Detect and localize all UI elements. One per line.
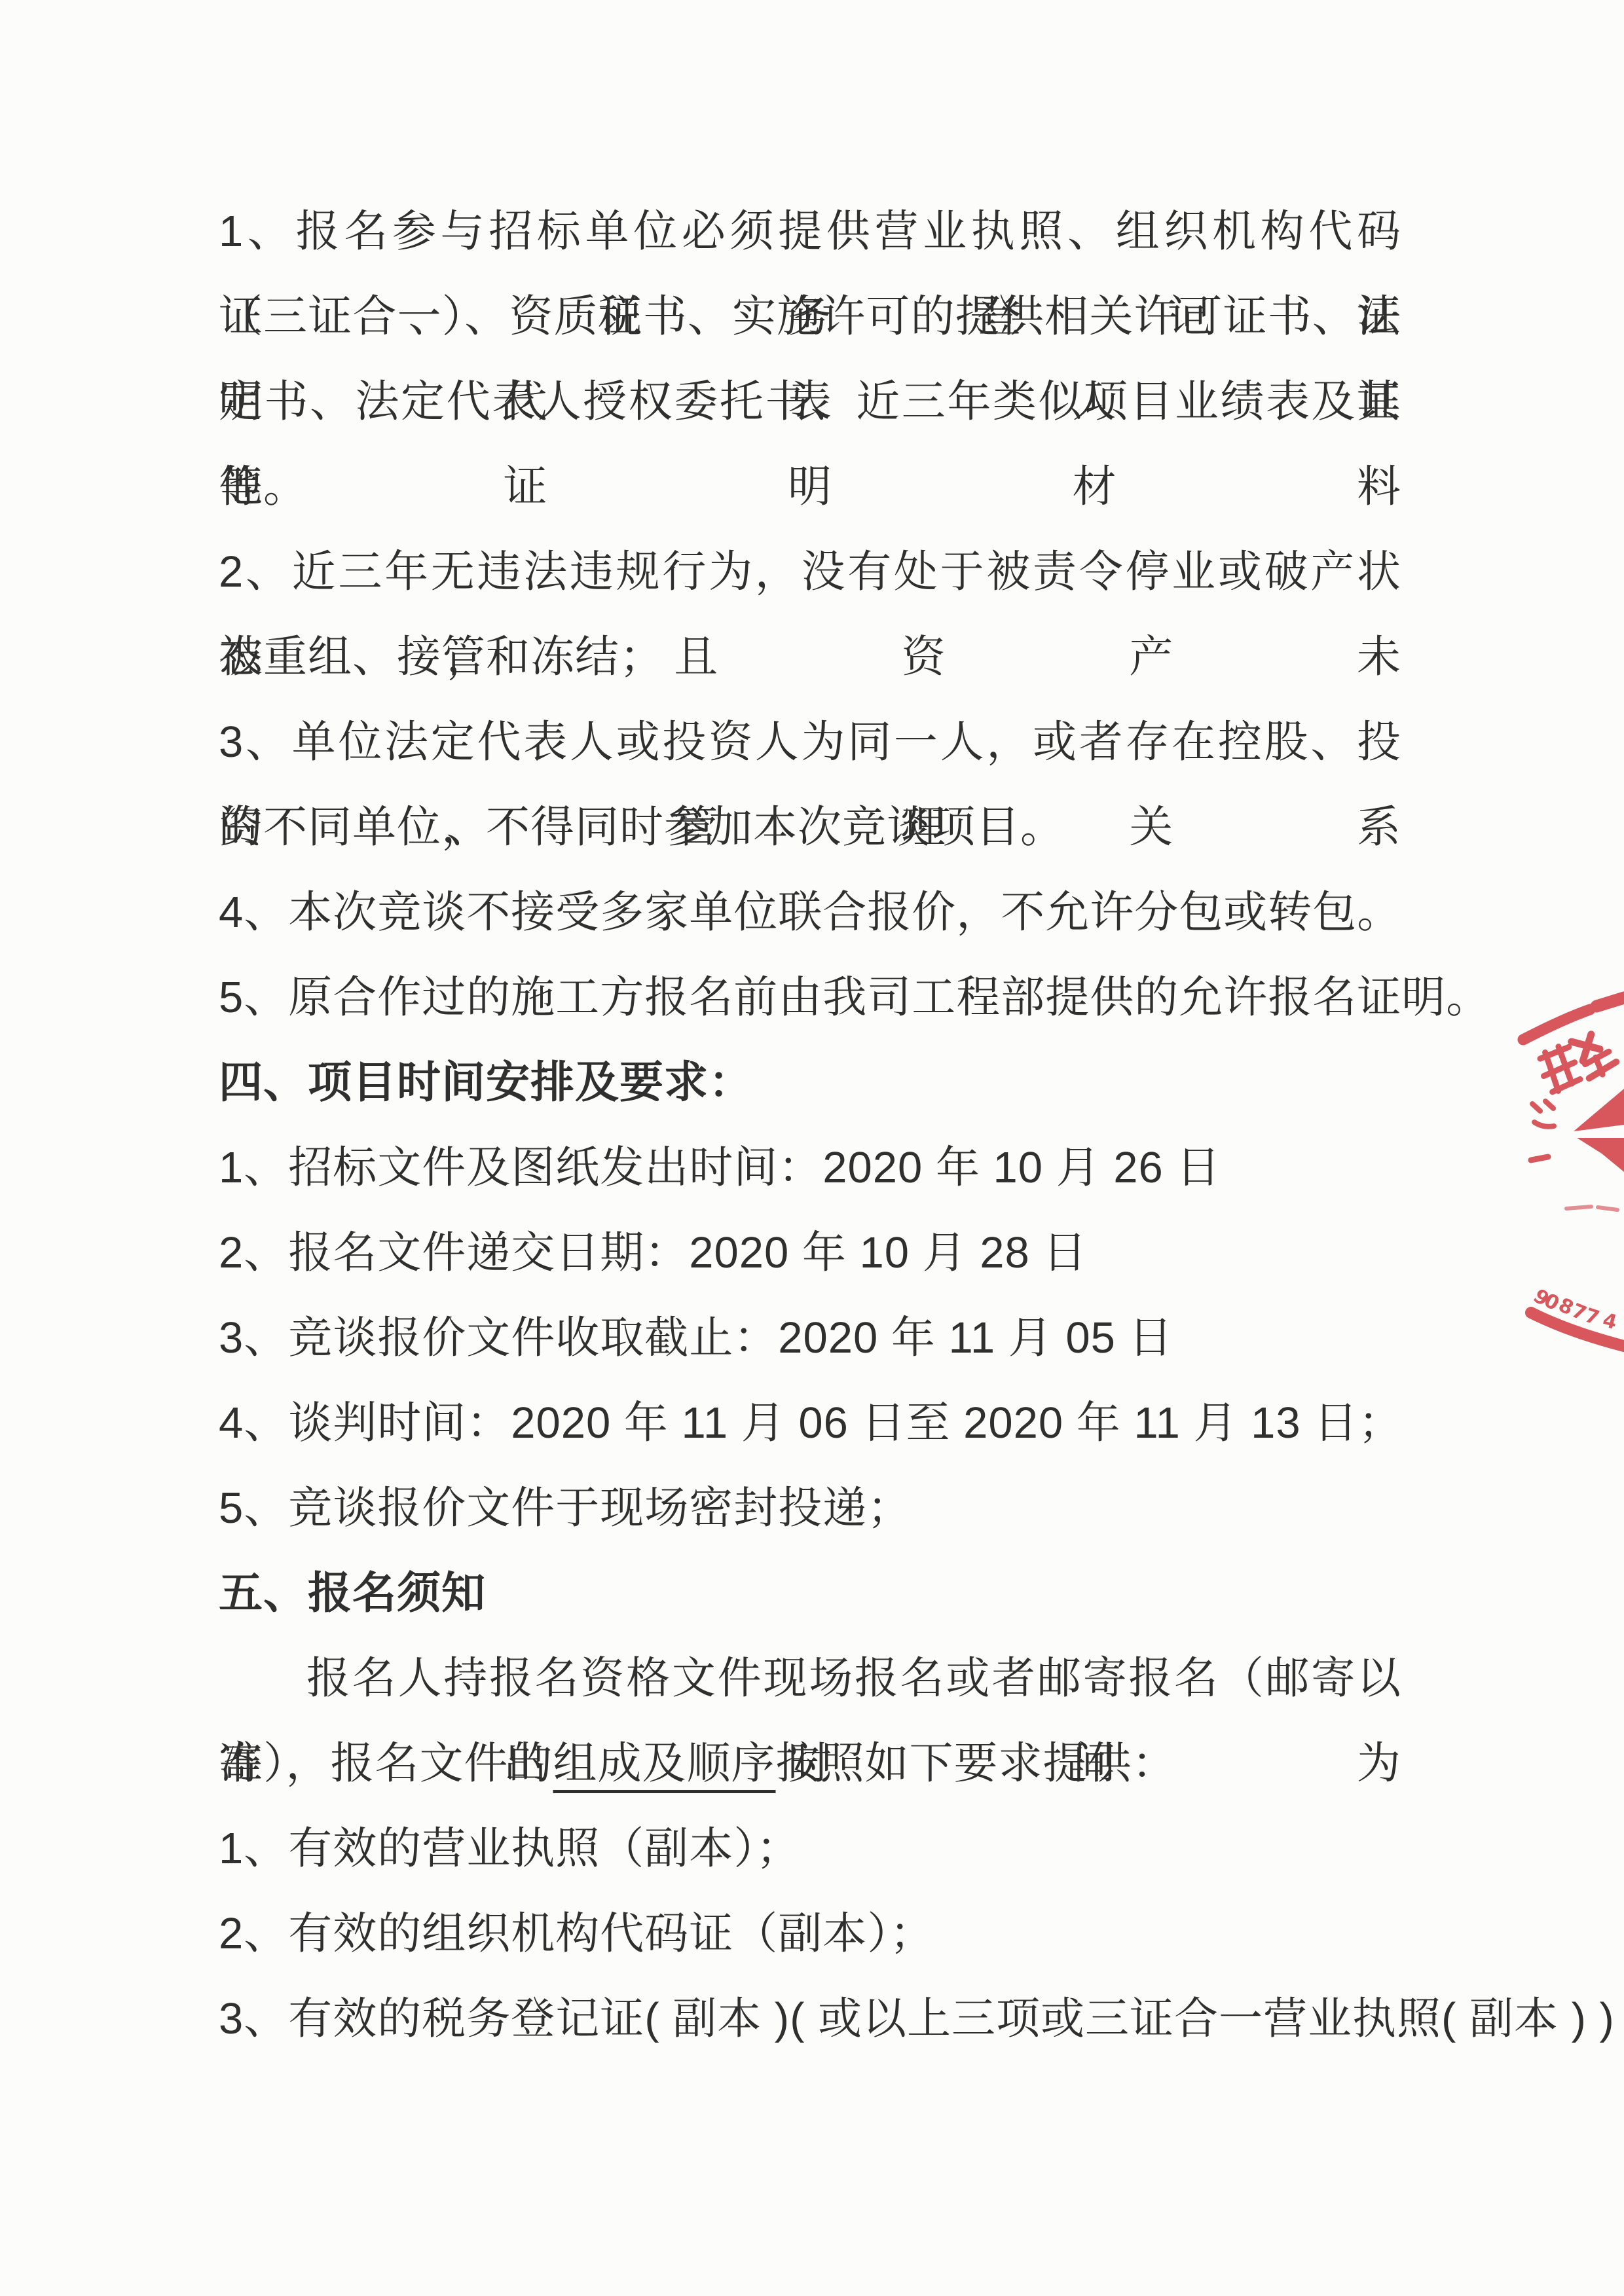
stamp-star-fragment bbox=[1528, 1089, 1624, 1317]
schedule-item: 1、招标文件及图纸发出时间：2020 年 10 月 26 日 bbox=[219, 1125, 1401, 1211]
stamp-ink-sliver bbox=[1566, 1207, 1617, 1210]
paragraph-line: 5、原合作过的施工方报名前由我司工程部提供的允许报名证明。 bbox=[219, 955, 1401, 1040]
scanned-document-page: 1、报名参与招标单位必须提供营业执照、组织机构代码证、税务登记证 （三证合一）、… bbox=[0, 0, 1624, 2296]
paragraph-line: 明书、法定代表人授权委托书、近三年类似项目业绩表及其他证明材料 bbox=[219, 359, 1401, 445]
schedule-item: 2、报名文件递交日期：2020 年 10 月 28 日 bbox=[219, 1211, 1401, 1296]
line-text-pre: 准），报名文件的 bbox=[219, 1739, 553, 1788]
stamp-character-strokes bbox=[1572, 1029, 1619, 1081]
section-heading-4: 四、项目时间安排及要求： bbox=[219, 1040, 1401, 1125]
paragraph-line: 3、单位法定代表人或投资人为同一人，或者存在控股、投资、管理关系 bbox=[219, 700, 1401, 785]
paragraph-line: 4、本次竞谈不接受多家单位联合报价，不允许分包或转包。 bbox=[219, 870, 1401, 955]
paragraph-line: 2、有效的组织机构代码证（副本）； bbox=[219, 1891, 1401, 1977]
paragraph-line: 1、报名参与招标单位必须提供营业执照、组织机构代码证、税务登记证 bbox=[219, 189, 1401, 274]
paragraph-line: 2、近三年无违法违规行为，没有处于被责令停业或破产状态，且资产未 bbox=[219, 530, 1401, 615]
underlined-text: 组成及顺序 bbox=[553, 1739, 776, 1788]
paragraph-line: （三证合一）、资质证书、实施许可的提供相关许可证书、法定代表人证 bbox=[219, 274, 1401, 359]
seal-ring-top-arc bbox=[1596, 998, 1624, 1006]
section-heading-5: 五、报名须知 bbox=[219, 1551, 1401, 1636]
paragraph-line: 报名人持报名资格文件现场报名或者邮寄报名（邮寄以寄出时间为 bbox=[219, 1636, 1401, 1721]
seal-ring-top-arc bbox=[1523, 1010, 1590, 1040]
stamp-digit: 4 bbox=[1600, 1309, 1619, 1334]
paragraph-line: 3、有效的税务登记证( 副本 )( 或以上三项或三证合一营业执照( 副本 ) )… bbox=[219, 1977, 1401, 2062]
line-text-post: 按照如下要求提供： bbox=[776, 1739, 1177, 1788]
schedule-item: 5、竞谈报价文件于现场密封投递； bbox=[219, 1466, 1401, 1551]
stamp-character-strokes bbox=[1537, 1044, 1581, 1094]
paragraph-line: 1、有效的营业执照（副本）； bbox=[219, 1806, 1401, 1891]
document-body: 1、报名参与招标单位必须提供营业执照、组织机构代码证、税务登记证 （三证合一）、… bbox=[219, 189, 1401, 2062]
red-seal-stamp: 9 0 8 7 7 4 bbox=[1493, 956, 1624, 1362]
schedule-item: 3、竞谈报价文件收取截止：2020 年 11 月 05 日 bbox=[219, 1296, 1401, 1381]
schedule-item: 4、谈判时间：2020 年 11 月 06 日至 2020 年 11 月 13 … bbox=[219, 1381, 1401, 1466]
stamp-tick-marks bbox=[1531, 1101, 1554, 1160]
